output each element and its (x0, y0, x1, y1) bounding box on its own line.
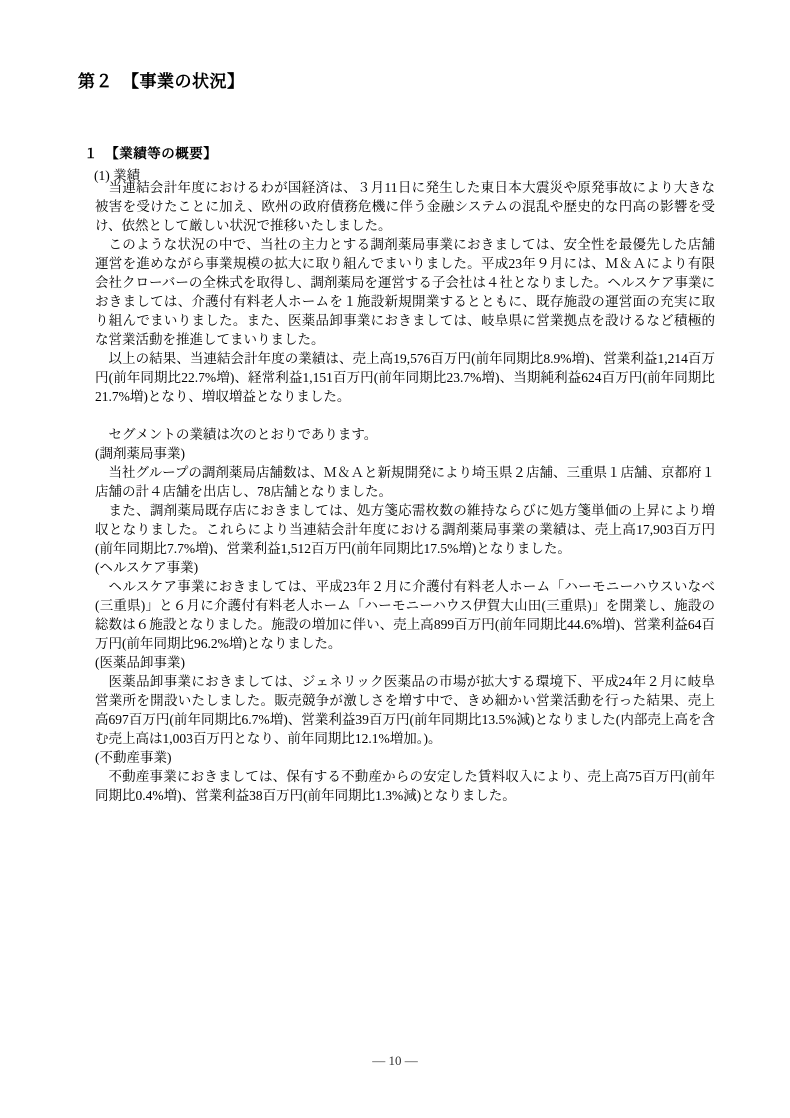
segments-intro: セグメントの業績は次のとおりであります。 (95, 425, 715, 444)
segment-heading-healthcare: (ヘルスケア事業) (95, 558, 715, 577)
segment-pharmacy-paragraph-2: また、調剤薬局既存店におきましては、処方箋応需枚数の維持ならびに処方箋単価の上昇… (95, 501, 715, 558)
segment-pharma-wholesale-paragraph: 医薬品卸事業におきましては、ジェネリック医薬品の市場が拡大する環境下、平成24年… (95, 672, 715, 748)
overview-paragraph-results: 以上の結果、当連結会計年度の業績は、売上高19,576百万円(前年同期比8.9%… (95, 349, 715, 406)
page-number: ― 10 ― (372, 1053, 418, 1068)
blank-line (95, 406, 715, 425)
segment-heading-real-estate: (不動産事業) (95, 748, 715, 767)
segment-heading-pharma-wholesale: (医薬品卸事業) (95, 653, 715, 672)
body-text: 当連結会計年度におけるわが国経済は、３月11日に発生した東日本大震災や原発事故に… (95, 178, 715, 805)
page-footer: ― 10 ― (0, 1053, 790, 1069)
segment-healthcare-paragraph: ヘルスケア事業におきましては、平成23年２月に介護付有料老人ホーム「ハーモニーハ… (95, 577, 715, 653)
overview-paragraph-initiatives: このような状況の中で、当社の主力とする調剤薬局事業におきましては、安全性を最優先… (95, 235, 715, 349)
chapter-title: 第２ 【事業の状況】 (78, 67, 245, 92)
segment-heading-pharmacy: (調剤薬局事業) (95, 444, 715, 463)
section-title: １ 【業績等の概要】 (84, 142, 217, 162)
overview-paragraph-economy: 当連結会計年度におけるわが国経済は、３月11日に発生した東日本大震災や原発事故に… (95, 178, 715, 235)
segment-real-estate-paragraph: 不動産事業におきましては、保有する不動産からの安定した賃料収入により、売上高75… (95, 767, 715, 805)
segment-pharmacy-paragraph-1: 当社グループの調剤薬局店舗数は、Ｍ＆Ａと新規開発により埼玉県２店舗、三重県１店舗… (95, 463, 715, 501)
document-page: 第２ 【事業の状況】 １ 【業績等の概要】 (1) 業績 当連結会計年度における… (0, 0, 790, 1118)
